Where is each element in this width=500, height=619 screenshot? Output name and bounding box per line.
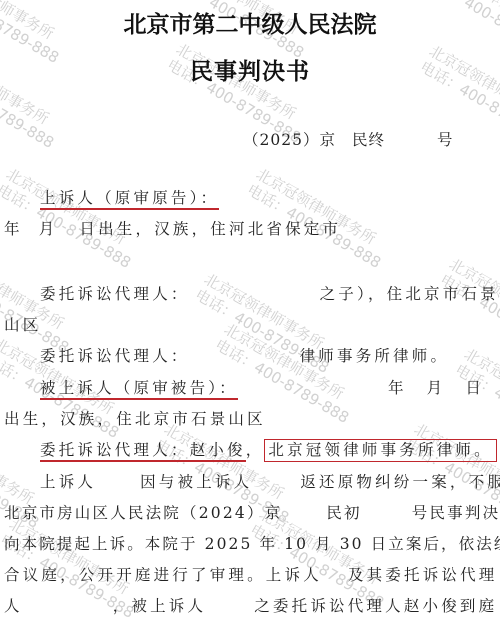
agent1-info: 之子），住北京市石景: [320, 285, 499, 303]
body-line-3: 向本院提起上诉。本院于 2025 年 10 月 30 日立案后，依法组成: [4, 532, 500, 554]
judgment-document: 北京市第二中级人民法院 民事判决书 （2025）京民终号 上诉人（原审原告）： …: [0, 0, 500, 619]
agent2-label: 委托诉讼代理人：: [40, 347, 190, 365]
agent2-line: 委托诉讼代理人：律师事务所律师。: [40, 344, 449, 366]
appellee-label: 被上诉人（原审被告）：: [40, 379, 238, 400]
agent3-label: 委托诉讼代理人：赵小俊: [40, 441, 246, 462]
body-line-5: 人，被上诉人之委托诉讼代理人赵小俊到庭: [4, 594, 497, 616]
document-type: 民事判决书: [0, 53, 500, 86]
appellee-line: 被上诉人（原审被告）：年月日: [40, 376, 484, 398]
agent3-line: 委托诉讼代理人：赵小俊，北京冠领律师事务所律师。: [40, 438, 497, 460]
appellant-label: 上诉人（原审原告）：: [40, 189, 219, 210]
body-line-2: 北京市房山区人民法院（2024）京民初号民事判决，: [4, 501, 500, 523]
case-number-year: （2025）京: [243, 131, 336, 149]
court-name: 北京市第二中级人民法院: [0, 6, 500, 39]
appellee-info: 出生，汉族，住北京市石景山区: [4, 407, 266, 429]
case-number: （2025）京民终号: [243, 128, 453, 150]
law-firm-highlight: 北京冠领律师事务所律师。: [264, 439, 496, 462]
body-line-1: 上诉人因与被上诉人返还原物纠纷一案，不服: [40, 470, 500, 492]
appellant-label-line: 上诉人（原审原告）：: [40, 186, 219, 208]
body-line-4: 合议庭，公开开庭进行了审理。上诉人及其委托诉讼代理: [4, 563, 498, 585]
case-number-type: 民终: [352, 131, 385, 149]
agent1-info-cont: 山区: [4, 313, 41, 335]
agent1-line: 委托诉讼代理人：之子），住北京市石景: [40, 282, 499, 304]
agent2-info: 律师事务所律师。: [300, 347, 450, 365]
appellant-info: 年月日出生，汉族，住河北省保定市: [4, 217, 341, 239]
case-number-suffix: 号: [437, 131, 454, 149]
agent1-label: 委托诉讼代理人：: [40, 285, 190, 303]
